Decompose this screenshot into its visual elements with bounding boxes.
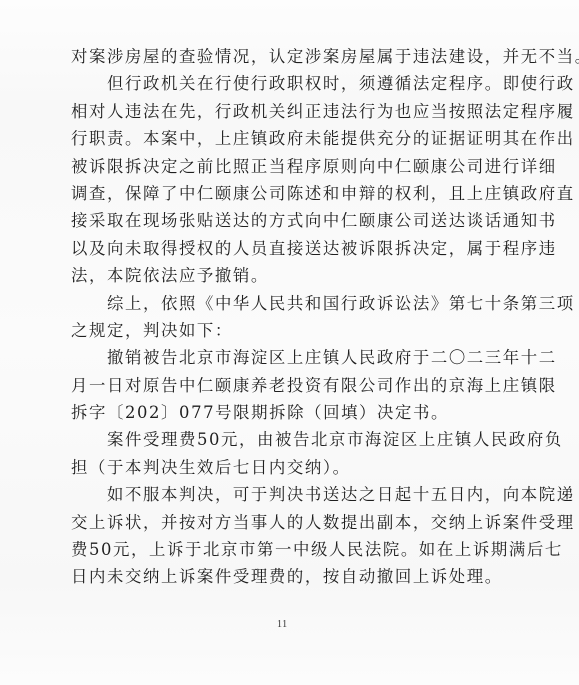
text-line: 法，本院依法应予撤销。 bbox=[71, 262, 495, 289]
paragraph-case-fee: 案件受理费50元，由被告北京市海淀区上庄镇人民政府负 担（于本判决生效后七日内交… bbox=[71, 426, 495, 481]
paragraph-legal-basis: 综上，依照《中华人民共和国行政诉讼法》第七十条第三项 之规定，判决如下： bbox=[71, 290, 495, 345]
text-line: 拆字〔202〕077号限期拆除（回填）决定书。 bbox=[71, 399, 495, 426]
text-line: 相对人违法在先，行政机关纠正违法行为也应当按照法定程序履 bbox=[71, 98, 495, 125]
paragraph-appeal-notice: 如不服本判决，可于判决书送达之日起十五日内，向本院递 交上诉状，并按对方当事人的… bbox=[71, 481, 495, 591]
text-line: 费50元，上诉于北京市第一中级人民法院。如在上诉期满后七 bbox=[71, 536, 495, 563]
text-line: 撤销被告北京市海淀区上庄镇人民政府于二〇二三年十二 bbox=[71, 344, 495, 371]
document-page-body: 对案涉房屋的查验情况，认定涉案房屋属于违法建设，并无不当。 但行政机关在行使行政… bbox=[71, 43, 495, 591]
page-number: 11 bbox=[277, 619, 288, 630]
text-line: 综上，依照《中华人民共和国行政诉讼法》第七十条第三项 bbox=[71, 290, 495, 317]
text-line: 以及向未取得授权的人员直接送达被诉限拆决定，属于程序违 bbox=[71, 235, 495, 262]
text-line: 交上诉状，并按对方当事人的人数提出副本，交纳上诉案件受理 bbox=[71, 509, 495, 536]
text-line: 月一日对原告中仁颐康养老投资有限公司作出的京海上庄镇限 bbox=[71, 372, 495, 399]
paragraph-judgment-revocation: 撤销被告北京市海淀区上庄镇人民政府于二〇二三年十二 月一日对原告中仁颐康养老投资… bbox=[71, 344, 495, 426]
paragraph-procedural-reasoning: 但行政机关在行使行政职权时，须遵循法定程序。即使行政 相对人违法在先，行政机关纠… bbox=[71, 70, 495, 289]
text-line: 但行政机关在行使行政职权时，须遵循法定程序。即使行政 bbox=[71, 70, 495, 97]
text-line: 日内未交纳上诉案件受理费的，按自动撤回上诉处理。 bbox=[71, 563, 495, 590]
text-line: 担（于本判决生效后七日内交纳）。 bbox=[71, 454, 495, 481]
text-line: 对案涉房屋的查验情况，认定涉案房屋属于违法建设，并无不当。 bbox=[71, 43, 495, 70]
text-line: 被诉限拆决定之前比照正当程序原则向中仁颐康公司进行详细 bbox=[71, 153, 495, 180]
text-line: 行职责。本案中，上庄镇政府未能提供充分的证据证明其在作出 bbox=[71, 125, 495, 152]
text-line: 调查，保障了中仁颐康公司陈述和申辩的权利，且上庄镇政府直 bbox=[71, 180, 495, 207]
text-line: 如不服本判决，可于判决书送达之日起十五日内，向本院递 bbox=[71, 481, 495, 508]
text-line: 接采取在现场张贴送达的方式向中仁颐康公司送达谈话通知书 bbox=[71, 207, 495, 234]
text-line: 之规定，判决如下： bbox=[71, 317, 495, 344]
text-line: 案件受理费50元，由被告北京市海淀区上庄镇人民政府负 bbox=[71, 426, 495, 453]
paragraph-conclusion-fragment: 对案涉房屋的查验情况，认定涉案房屋属于违法建设，并无不当。 bbox=[71, 43, 495, 70]
